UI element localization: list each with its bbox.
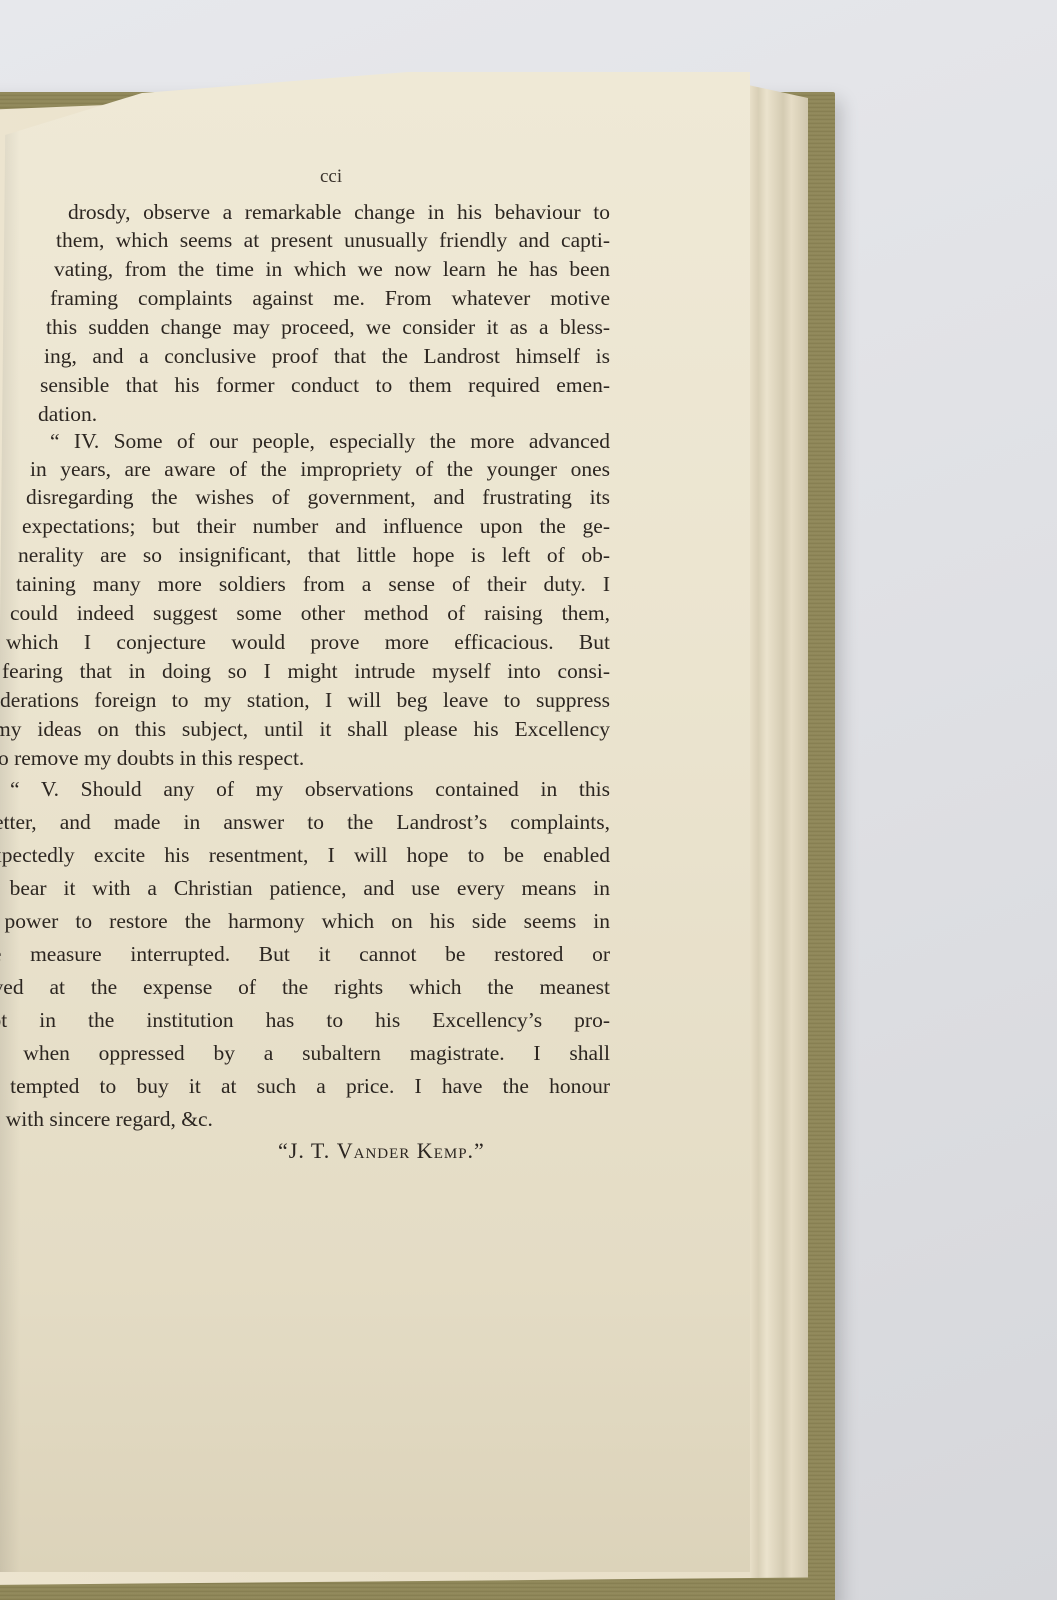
text-line: “ V. Should any of my observations conta…: [10, 775, 610, 806]
text-line: ing, and a conclusive proof that the Lan…: [44, 342, 610, 373]
text-line: could indeed suggest some other method o…: [10, 599, 610, 630]
signature-name: Vander Kemp: [337, 1138, 468, 1163]
text-line: them, which seems at present unusually f…: [56, 226, 610, 257]
text-line: which I conjecture would prove more effi…: [6, 628, 610, 659]
text-line: some measure interrupted. But it cannot …: [0, 940, 610, 971]
text-line: derations foreign to my station, I will …: [0, 686, 610, 717]
text-line: to remove my doubts in this respect.: [0, 744, 304, 775]
text-line: framing complaints against me. From what…: [50, 284, 610, 315]
text-line: vating, from the time in which we now le…: [54, 255, 610, 286]
text-line: “ IV. Some of our people, especially the…: [50, 427, 610, 458]
text-line: expectations; but their number and influ…: [22, 512, 610, 543]
signature-close: .”: [468, 1138, 485, 1163]
text-line: dation.: [38, 400, 97, 431]
text-line: my ideas on this subject, until it shall…: [0, 715, 610, 746]
text-line: in years, are aware of the impropriety o…: [30, 455, 610, 486]
text-line: disregarding the wishes of government, a…: [26, 483, 610, 514]
page-number: cci: [320, 166, 342, 188]
text-line: preserved at the expense of the rights w…: [0, 973, 610, 1004]
text-line: to bear it with a Christian patience, an…: [0, 874, 610, 905]
text-line: fearing that in doing so I might intrude…: [2, 657, 610, 688]
text-line: to be with sincere regard, &c.: [0, 1105, 213, 1136]
text-line: this sudden change may proceed, we consi…: [46, 313, 610, 344]
text-line: nerality are so insignificant, that litt…: [18, 541, 610, 572]
text-line: letter, and made in answer to the Landro…: [0, 808, 610, 839]
signature-open-quote: “: [278, 1138, 289, 1163]
text-line: drosdy, observe a remarkable change in h…: [68, 198, 610, 229]
text-line: unexpectedly excite his resentment, I wi…: [0, 841, 610, 872]
text-line: tection when oppressed by a subaltern ma…: [0, 1039, 610, 1070]
text-line: Hottentot in the institution has to his …: [0, 1006, 610, 1037]
text-line: taining many more soldiers from a sense …: [16, 570, 610, 601]
text-line: sensible that his former conduct to them…: [40, 371, 610, 402]
text-line: my power to restore the harmony which on…: [0, 907, 610, 938]
text-line: not be tempted to buy it at such a price…: [0, 1072, 610, 1103]
signature-initials: J. T.: [289, 1138, 337, 1163]
signature: “J. T. Vander Kemp.”: [278, 1138, 485, 1164]
